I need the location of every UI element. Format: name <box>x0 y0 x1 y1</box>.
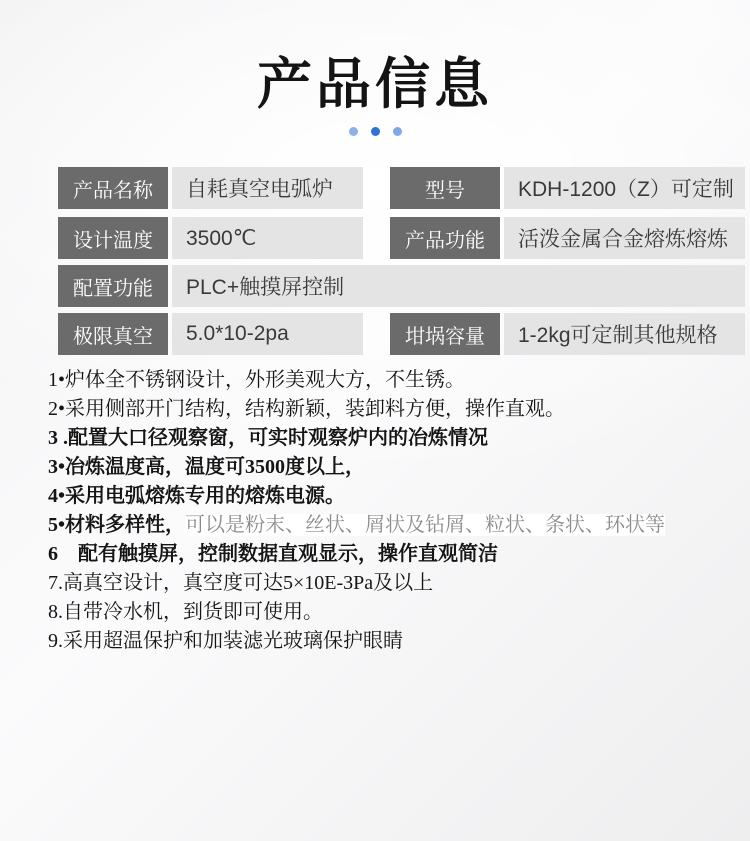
spec-row-ultimate-vacuum: 极限真空 5.0*10-2pa <box>58 313 363 355</box>
feature-item: 1•炉体全不锈钢设计，外形美观大方，不生锈。 <box>48 366 716 395</box>
feature-text: 3 .配置大口径观察窗，可实时观察炉内的冶炼情况 <box>48 427 488 449</box>
feature-item: 2•采用侧部开门结构，结构新颖，装卸料方便，操作直观。 <box>48 395 716 424</box>
dot-icon <box>371 127 380 136</box>
spec-label: 设计温度 <box>58 217 168 259</box>
spec-label: 极限真空 <box>58 313 168 355</box>
feature-text: 9.采用超温保护和加装滤光玻璃保护眼睛 <box>48 630 403 652</box>
spec-value: 3500℃ <box>172 217 363 259</box>
feature-item: 4•采用电弧熔炼专用的熔炼电源。 <box>48 482 716 511</box>
spec-row-design-temperature: 设计温度 3500℃ <box>58 217 363 259</box>
spec-row-model: 型号 KDH-1200（Z）可定制 <box>390 167 745 209</box>
feature-item: 9.采用超温保护和加装滤光玻璃保护眼睛 <box>48 627 716 656</box>
spec-row-product-function: 产品功能 活泼金属合金熔炼熔炼 <box>390 217 745 259</box>
feature-text: 1•炉体全不锈钢设计，外形美观大方，不生锈。 <box>48 369 465 391</box>
spec-label: 产品功能 <box>390 217 500 259</box>
spec-label: 配置功能 <box>58 265 168 307</box>
feature-text: 2•采用侧部开门结构，结构新颖，装卸料方便，操作直观。 <box>48 398 565 420</box>
spec-label: 坩埚容量 <box>390 313 500 355</box>
spec-value: 1-2kg可定制其他规格 <box>504 313 745 355</box>
feature-item: 5•材料多样性，可以是粉末、丝状、屑状及钻屑、粒状、条状、环状等 <box>48 511 716 540</box>
spec-value: KDH-1200（Z）可定制 <box>504 167 745 209</box>
spec-row-config-function: 配置功能 PLC+触摸屏控制 <box>58 265 745 307</box>
title-divider-dots <box>0 127 750 136</box>
spec-value: 自耗真空电弧炉 <box>172 167 363 209</box>
spec-label: 型号 <box>390 167 500 209</box>
feature-text: 7.高真空设计，真空度可达5×10E-3Pa及以上 <box>48 572 433 594</box>
feature-text: 3•冶炼温度高，温度可3500度以上， <box>48 456 365 478</box>
feature-text: 6 配有触摸屏，控制数据直观显示，操作直观简洁 <box>48 543 498 565</box>
spec-row-product-name: 产品名称 自耗真空电弧炉 <box>58 167 363 209</box>
feature-text-highlight: 可以是粉末、丝状、屑状及钻屑、粒状、条状、环状等 <box>185 514 665 536</box>
feature-list: 1•炉体全不锈钢设计，外形美观大方，不生锈。 2•采用侧部开门结构，结构新颖，装… <box>48 366 716 656</box>
feature-text: 8.自带冷水机，到货即可使用。 <box>48 601 323 623</box>
feature-text: 5•材料多样性， <box>48 514 185 536</box>
spec-value: 5.0*10-2pa <box>172 313 363 355</box>
spec-label: 产品名称 <box>58 167 168 209</box>
feature-text: 4•采用电弧熔炼专用的熔炼电源。 <box>48 485 345 507</box>
feature-item: 8.自带冷水机，到货即可使用。 <box>48 598 716 627</box>
spec-row-crucible-capacity: 坩埚容量 1-2kg可定制其他规格 <box>390 313 745 355</box>
product-info-page: 产品信息 产品名称 自耗真空电弧炉 型号 KDH-1200（Z）可定制 设计温度… <box>0 0 750 841</box>
feature-item: 3 .配置大口径观察窗，可实时观察炉内的冶炼情况 <box>48 424 716 453</box>
dot-icon <box>349 127 358 136</box>
spec-value: PLC+触摸屏控制 <box>172 265 745 307</box>
feature-item: 7.高真空设计，真空度可达5×10E-3Pa及以上 <box>48 569 716 598</box>
spec-value: 活泼金属合金熔炼熔炼 <box>504 217 745 259</box>
feature-item: 3•冶炼温度高，温度可3500度以上， <box>48 453 716 482</box>
page-title: 产品信息 <box>0 40 750 119</box>
feature-item: 6 配有触摸屏，控制数据直观显示，操作直观简洁 <box>48 540 716 569</box>
dot-icon <box>393 127 402 136</box>
